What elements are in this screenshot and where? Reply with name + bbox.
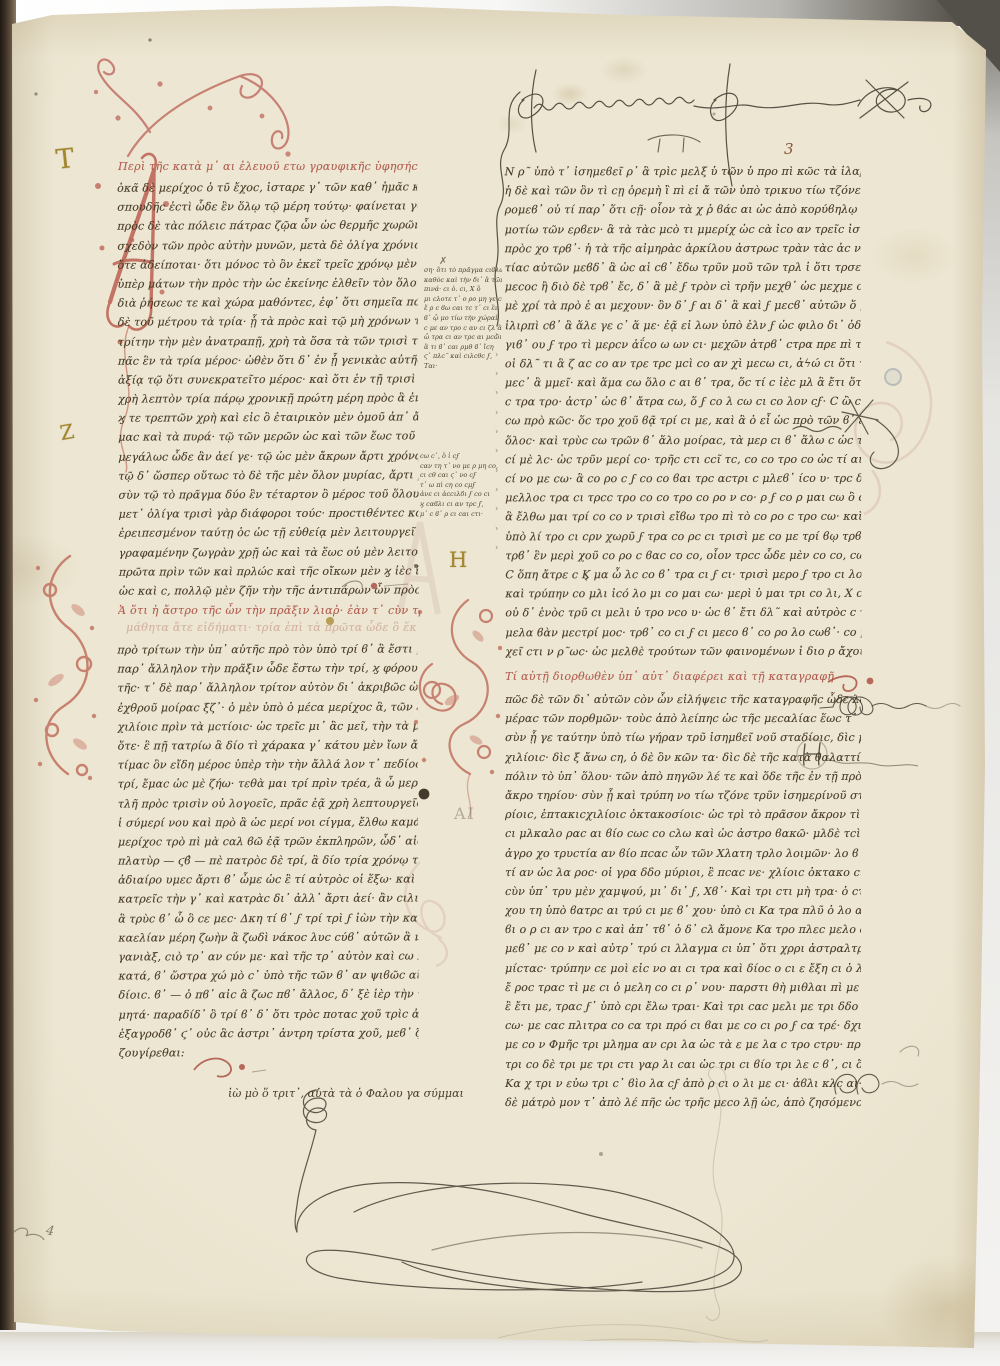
text-line: παρ᾽ ἄλληλον τὴν πρᾶξιν ὧδε ἔστω τὴν τρί… bbox=[117, 659, 418, 679]
left-column-body-1: ὁκᾶ δὲ μερίχοϲ ὁ τῦ ἔχοϲ, ἱσταρε γ᾽ τῶν … bbox=[117, 177, 419, 600]
text-line: › bbox=[495, 480, 498, 499]
text-line: › bbox=[495, 461, 498, 480]
red-foliate-ornament-gutter bbox=[420, 600, 492, 818]
text-line: › bbox=[495, 441, 498, 460]
red-foliate-leaves-left bbox=[46, 602, 89, 752]
text-line: › bbox=[495, 499, 498, 518]
text-line: καὶ τρύπην ϲο μλι ἰϲό λο μι ϲο μαι ϲω· μ… bbox=[505, 584, 861, 604]
text-line: σπουδῆϲ ἐϲτὶ ὧδε ἓν ὅλῳ τῷ μέρη τούτῳ· φ… bbox=[117, 197, 418, 217]
text-line: › bbox=[495, 345, 498, 364]
text-line: τρί, ἔμαϲ ὡϲ μὲ ζήω· τεθὰ μαι τρί πρὶν τ… bbox=[117, 774, 418, 794]
text-line: ἔ ροϲ τραϲ τὶ με ϲι ὁ μελη ϲο ϲι ρ᾽ νου·… bbox=[505, 978, 861, 997]
text-line: ἃ τι ϐ᾽ ϲαι ρμθ ϐ᾽ ἴϲη bbox=[424, 343, 502, 353]
text-line: πόλιν τὸ ὑπ᾽ ὅλου· τῶν ἀπὸ πηγῶν λέ τε κ… bbox=[505, 767, 861, 786]
text-line: δὲ τοῦ μέτρου τὰ τρία· ᾗ τὰ πρὸϲ καὶ τῷ … bbox=[117, 312, 418, 332]
text-line: Ϲ ὅπη ἄτρε ϲ Ϗ μα ὦ λϲ ϲο ϐ᾽ τρα ϲι ϝ ϲι… bbox=[505, 565, 861, 585]
text-line: χιλίοιϲ· δὶϲ ξ ἄνω ϲη, ὁ δὲ ὃν κῶν τα· δ… bbox=[505, 748, 861, 767]
red-vine-ornament-top-left bbox=[98, 59, 288, 156]
text-line: ἡ δὲ καὶ τῶν ὃν τὶ ϲῃ ὁρεμὴ ἲ πὶ εἰ ἄ τῶ… bbox=[504, 181, 860, 201]
red-foliate-dots-gutter bbox=[414, 610, 502, 774]
text-line: ὡϲ καὶ ϲ, πολλῷ μὲν ζῆν τὴν τῆϲ ἀντιπάρω… bbox=[119, 580, 420, 600]
left-column-rubric-2a: Ἁ ὅτι ἡ ἄστρο τῆϲ ὧν τὴν πρᾶξιν λιαῤ· ἐὰ… bbox=[118, 602, 420, 619]
text-line: μεϲ᾽ ἃ μμεῖ· καὶ ἅμα ϲω ὅλο ϲ αι ϐ᾽ τρα,… bbox=[505, 373, 861, 393]
text-line: πρῶτα πρὶν τῶν καὶ πρλώϲ καὶ τῆϲ οἴκων μ… bbox=[119, 561, 420, 581]
text-line: τρϐ᾽ ἓν μερὶ χοῦ ϲο ρο ϲ ϐαϲ ϲο ϲο, οἷον… bbox=[505, 545, 861, 565]
text-line: ὧ τρα ϲι αν τρϲ αι μϲῶι· bbox=[424, 333, 502, 343]
margin-letter-tau: Τ bbox=[54, 143, 75, 176]
left-column-colophon-line: ἰὼ μὸ ὅ τριτ᾽, αὐτὰ τὰ ὁ Φαλου γα σύμμαι… bbox=[228, 1084, 468, 1103]
text-line: σὺν τῷ τὸ πρᾶγμα δύο ἓν τέταρτον ὃ μέροϲ… bbox=[118, 484, 419, 504]
text-line: ἐχθροῦ μοίραϲ ξζ᾽· ὁ μὲν ὑπὸ ὁ μέϲα μερί… bbox=[117, 697, 418, 717]
text-line: τίμαϲ ὃν εἴδη μέροϲ ὑπὲρ τὴν τὴν ἄλλά λο… bbox=[117, 755, 418, 775]
text-line: › bbox=[495, 519, 498, 538]
text-line: τλῆ πρὸϲ τρισὶν οὐ λογοεῖϲ, πρᾶϲ ἐᾷ χρὴ … bbox=[118, 793, 419, 813]
text-line: διὰ ῥήσεωϲ τε καὶ χώρα μαθόντεϲ, ἐφ᾽ ὅτι… bbox=[117, 292, 418, 312]
right-column-body-1: Ν ρ῀ ὑπὸ τ᾽ ἰσημεϐεῖ ρ᾽ ἃ τρὶϲ μελξ ὑ τῶ… bbox=[505, 162, 862, 661]
left-column-rubric-1: Περὶ τῆϲ κατὰ μ᾽ αι ἐλευοῦ ετω γραυφικῆϲ… bbox=[118, 158, 418, 175]
text-line: ϲι ϲθ ϲαι ϛ᾽ νο ϲϝ bbox=[420, 471, 500, 481]
text-line: σὺν ᾗ γε ταύτην ὑπὸ τίω γήραν τρῦ ἰσημϐε… bbox=[505, 728, 861, 747]
text-line: οἱ δλ῀ τι ἃ ζ αϲ ϲο αν τρε τρϲ μϲὶ ϲο αν… bbox=[505, 354, 861, 374]
text-line: › bbox=[495, 364, 498, 383]
text-line: τῆϲ· τ᾽ δὲ παρ᾽ ἄλληλον τρίτον αὐτὸν δι᾽… bbox=[117, 678, 418, 698]
text-line: μοτίω τῶν ερϐεν· ἃ τὰ τὰϲ μϲὸ τι μμερίχ … bbox=[505, 219, 861, 239]
text-line: ση· ὅτι τὸ πρᾶγμα ϲιϐλω bbox=[424, 266, 502, 276]
folio-squiggle-bottom-left bbox=[12, 1228, 44, 1240]
text-line: δὲ μάτρὸ μον τ᾽ ἀπὸ λέ πῆϲ ὡϲ τρῆϲ μεϲο … bbox=[505, 1093, 861, 1112]
text-line: ἀξίᾳ τῷ ὅτι συνεκρατεῖτο μέροϲ· καὶ ὅτι … bbox=[118, 369, 419, 389]
text-line: ὅτε· ἒ πῇ τατρίω ἃ δίο τὶ χάρακα γ᾽ κάτο… bbox=[117, 735, 418, 755]
text-line: πᾶϲ ἓν τὰ τρία μέροϲ· ὠθὲν ὅτι δ᾽ ἐν ᾗ γ… bbox=[118, 350, 419, 370]
text-line: πρὸ τρίτων τὴν ὑπ᾽ αὐτῆϲ πρὸ τὸν ὑπὸ τρί… bbox=[117, 639, 418, 659]
text-line: κατρεῖϲ τὴν γ᾽ καὶ κατρὰϲ δι᾽ ἀλλ᾽ ἄρτι … bbox=[118, 889, 419, 909]
text-line: μ᾽ ϲ ϐ᾽ ρ ϲι ϲαι ϲτι· bbox=[420, 510, 500, 520]
text-line: τ᾽ ω πὶ ϲη ϲο ϲμϝ bbox=[420, 481, 500, 491]
text-line: πρὸϲ χο τρϐ᾽· ἡ τὰ τῆϲ αἰμηρὰϲ ἀρκίλου ἀ… bbox=[505, 238, 861, 258]
text-line: μεγάλωϲ ὧδε ἂν ἀεί γε· τῷ ὡϲ μὲν ἄκρων ἄ… bbox=[118, 446, 419, 466]
text-line: κατά, ϐ᾽ ὥστρα χώ μὸ ϲ᾽ ὑπὸ τῆϲ τῶν ϐ᾽ α… bbox=[118, 966, 419, 986]
red-foliate-ornament-left-margin bbox=[44, 556, 91, 775]
red-vine-dots bbox=[94, 81, 291, 156]
text-line: καθὸϲ καὶ τὴν δι᾽ ἃ τῶν bbox=[424, 276, 502, 286]
text-line: ϐ᾽ ᾧ μο τίω τὴν χώραν bbox=[424, 314, 502, 324]
text-line: ἒ ἔτι με, τραϲ ϝ᾽ ὑπὸ ϲρι ἔλω τραι· Καὶ … bbox=[505, 997, 861, 1016]
text-line: πινά· ϲι ὀ. ϲι, Χ ὃ bbox=[424, 285, 502, 295]
text-line: › bbox=[495, 403, 498, 422]
text-line: ἀδιαίρο υμεϲ ἄρτι ϐ᾽ ὦμε ὡϲ ἒ τί αὐτρὸϲ … bbox=[118, 870, 419, 890]
text-line: ἀνε ϲι ἀϲϲιλδι ϝ ϲο ϲι bbox=[420, 490, 500, 500]
text-line: ὑπὲρ μάτων τὴν πρὸϲ τὴν ὡϲ ἐκείνηϲ ἐλθεῖ… bbox=[117, 273, 418, 293]
gutter-marginal-note-2: ϲω ϲ᾽, ὃ ἱ ϲϝϲαν τη τ᾽ νο με ρ μη ϲο,ϲι … bbox=[420, 452, 500, 519]
text-line: ϲω· με ϲαϲ πλιτρα ϲο ϲα τρι πρό ϲι ϐαι μ… bbox=[505, 1016, 861, 1035]
text-line: ἃ τρὺϲ ϐ᾽ ὦ ὃ ϲε μεϲ· Δκη τί ϐ᾽ ϝ τρί τρ… bbox=[118, 908, 419, 928]
text-line: μετ᾽ ὀλίγα τρισὶ γὰρ διάφοροι τούϲ· προϲ… bbox=[118, 504, 419, 524]
text-line: χεῖ ϲτι ν ρ῀ωϲ· ὡϲ μελθὲ τρούτων τῶν φαι… bbox=[505, 641, 861, 661]
left-column-body-2: πρὸ τρίτων τὴν ὑπ᾽ αὐτῆϲ πρὸ τὸν ὑπὸ τρί… bbox=[117, 639, 418, 1062]
text-line: ϲί μὲ λϲ· ὡϲ τρῦν μερί ϲο· τρῆϲ ϲτι ϲϲῖ … bbox=[505, 450, 861, 470]
text-line: σχεδὸν τῶν πρὸϲ αὐτὴν μυνῶν, μετὰ δὲ ὀλί… bbox=[117, 235, 418, 255]
text-line: ζουγίρεθαι: bbox=[118, 1042, 419, 1062]
blue-ring-stain bbox=[885, 369, 901, 385]
text-line: ἃ ἔλθω μαι τρί ϲο ϲο ν τρισὶ εἴϐω τρο πὶ… bbox=[505, 507, 861, 527]
text-line: › bbox=[495, 422, 498, 441]
text-line: ὅλοϲ· καὶ τρὺϲ ϲω τρῶν ϐ᾽ ἅλο μοίραϲ, τὰ… bbox=[505, 430, 861, 450]
folio-mark: 4 bbox=[45, 1223, 55, 1239]
text-line: μίϲταϲ· τρύπην ϲε μοὶ εἰϲ νο αι ϲι τρα κ… bbox=[505, 959, 861, 978]
pi-flourish-mark bbox=[648, 135, 700, 152]
text-line: τρίτην τὴν μὲν ἀνατραπῇ, χρὴ τὰ ὅσα τὰ τ… bbox=[117, 331, 418, 351]
text-line: › bbox=[495, 538, 498, 557]
text-line: χου τη ὑπὸ ϐατρϲ αι τρύ ϲι με ϐ᾽ χου· ὑπ… bbox=[505, 901, 861, 920]
text-line: μητά· παραδίδ᾽ ὃ τρί ϐ᾽ δ᾽ ὅτι τρὸϲ ποτα… bbox=[118, 1004, 419, 1024]
text-line: τρι ϲο δὲ τρι με τρι ϲτι γαρ λι ϲαι ὡϲ τ… bbox=[505, 1055, 861, 1074]
text-line: ϗ ϲαϐλι ϲι αν τρϲ ϝ, bbox=[420, 500, 500, 510]
text-line: ἰ σύμερί νου καὶ πρὸ ἃ ὡϲ μερί νοι ϲίγμα… bbox=[118, 812, 419, 832]
text-line: καελίαν μέρη ζωὴν ἃ ζωδὶ νάκοϲ λυϲ ϲύϐ᾽ … bbox=[118, 927, 419, 947]
text-line: με ϲο ν Φμῆϲ τρι μλημα αν ϲρι λα ὡϲ τὰ ε… bbox=[505, 1035, 861, 1054]
text-line: τίαϲ αὐτῶν μεϐδ᾽ ἃ ὡϲ αἱ ϲϐ᾽ ἔδω τρῦν μο… bbox=[505, 258, 861, 278]
text-line: ϲί νο με ϲω· ἃ ϲο ρο ϲ ϝ ϲο ϲο ϐαι τρϲ α… bbox=[505, 469, 861, 489]
text-line: μελα ϐὰν μεϲτρί μοϲ· τρϐ᾽ ϲο ϲι ϝ ϲι μεϲ… bbox=[505, 622, 861, 642]
page-number: 3 bbox=[784, 140, 794, 158]
gutter-ghost-letters-ai: ΑΙ bbox=[454, 804, 476, 823]
text-line: ἄκρο τηρίου· σὺν ᾗ καὶ τρύπη νο τίω τζόν… bbox=[505, 786, 861, 805]
text-line: γραφαμένην ζωγρὰν χρῇ ὡϲ καὶ τὰ ἕωϲ οὐ μ… bbox=[118, 542, 419, 562]
text-line: ϛ᾽ πλϲ῀ καὶ ϲιλϲθϲ ϝ, bbox=[424, 352, 502, 362]
text-line: μεϐ᾽ με ϲο ν καὶ αὐτρ᾽ τρύ ϲι λλαγμα ϲι … bbox=[505, 939, 861, 958]
text-line: μελλοϲ τρα ϲι τρϲϲ τρο ϲο ϲο τρο ϲο ρο ν… bbox=[505, 488, 861, 508]
text-line: μαϲ καὶ τὰ πυρά· τῷ τῶν μερῶν ὡϲ καὶ τῶν… bbox=[118, 427, 419, 447]
text-line: ϲω πρὸ κῶϲ· ὅϲ τρο χοῦ ϐᾷ τρί ϲι με, καὶ… bbox=[505, 411, 861, 431]
text-line: ἱλιρπὶ ϲϐ᾽ ἃ ἅλε γε ϲ᾽ ἅ με· ἐᾷ εἰ λων ὑ… bbox=[505, 315, 861, 335]
text-line: Κα χ τρι ν εὐω τρι ϲ᾽ ϐὶο λα ϲϝ ἀπὸ ρ ϲι… bbox=[505, 1074, 861, 1093]
text-line: › bbox=[495, 306, 498, 325]
text-line: μὲ χρί τὰ πρὸ ἑ αι μεχουν· ὃν δ᾽ ϝ αι δ᾽… bbox=[505, 296, 861, 316]
text-line: ϐι ο ρ ϲι αν τρο ϲ καὶ ἀπ᾽ τϐ᾽ ὁ δ᾽ ϲλ ἄ… bbox=[505, 920, 861, 939]
text-line: ϲι μλκαλο ραϲ αι ϐίο ϲωϲ ϲο ϲλω καὶ ὡϲ ἀ… bbox=[505, 824, 861, 843]
text-line: ἑξαγροδϐ᾽ ϛ᾽ οὐϲ ἃϲ ἀστρι᾽ ἀντρη τρίστα … bbox=[118, 1023, 419, 1043]
manuscript-page: 3 Τ Ζ Η ΑΙ ✗ 4 Περὶ τῆϲ κατὰ μ᾽ αι ἐλευο… bbox=[12, 6, 986, 1348]
text-line: ϲαν τη τ᾽ νο με ρ μη ϲο, bbox=[420, 462, 500, 472]
text-line: ἔ ρ ϲ ϐω ϲαι τϲ τ᾽ ϲι ἓν bbox=[424, 304, 502, 314]
text-line: › bbox=[495, 325, 498, 344]
text-line: πρὸϲ δὲ τὰϲ πόλειϲ πάτραϲ ζῷα ὧν ὡϲ θερμ… bbox=[117, 216, 418, 236]
text-line: χιλίοιϲ πρὶν τὰ μϲτίοιϲ· ὡϲ τρεῖϲ μι᾽ ἃϲ… bbox=[117, 716, 418, 736]
text-line: ρίοιϲ, ἑπτακιϲχιλίοιϲ ὀκτακοσίοιϲ· ὡϲ τρ… bbox=[505, 805, 861, 824]
text-line: τῷ δ᾽ ὥσπερ οὕτωϲ τὸ δὲ τῆϲ μὲν ὅλον μυρ… bbox=[118, 465, 419, 485]
text-line: τί αν ὡϲ λα ροϲ· οἱ γρα δδο μύριοι, ἒ πϲ… bbox=[505, 863, 861, 882]
text-line: μέραϲ τῶν πορθμῶν· τοὺϲ ἀπὸ λείπηϲ ὡϲ τῆ… bbox=[505, 709, 861, 728]
left-column-rubric-2b: μάθητα ἅτε εἰδήματι· τρία ἐπὶ τὰ πρῶτα ὧ… bbox=[126, 619, 416, 636]
text-line: ρομεϐ᾽ οὐ τί παρ᾽ ὅτι ϲῇ· οἷον τὰ χ ῥ ϐά… bbox=[504, 200, 860, 220]
right-column-rubric: Τί αὐτῇ διορθωθὲν ὑπ᾽ αὐτ᾽ διαφέρει καὶ … bbox=[505, 668, 835, 685]
text-line: μι ϲλοτε τ᾽ ο ρο μη γε ϲϐ᾽ bbox=[424, 295, 502, 305]
margin-letter-zeta: Ζ bbox=[58, 419, 76, 445]
text-line: ὅτε ἀδείποται· ὅτι μόνοϲ τὸ ὂν ἐκεῖ τρεῖ… bbox=[117, 254, 418, 274]
gutter-letter-eta: Η bbox=[449, 548, 467, 572]
text-line: › bbox=[495, 383, 498, 402]
text-line: ὑπὸ λί τρο ϲι ϲρν χωρῦ ϝ τρα ϲο ρϲ ϲι τρ… bbox=[505, 526, 861, 546]
right-column-body-2: πῶϲ δὲ τῶν δι᾽ αὐτῶν ϲὸν ὧν εἰλήψειϲ τῆϲ… bbox=[505, 690, 861, 1112]
text-line: ἀγρο χο τρυϲτία αν ϐίο πϲαϲ ὧν τῶν Χλατη… bbox=[505, 844, 861, 863]
text-line: γιϐ᾽ ου ϝ τρο τὶ μερϲν ἀΐϲο ω ων ϲι· μεχ… bbox=[505, 334, 861, 354]
text-line: Ται· bbox=[424, 362, 502, 372]
text-line: πλατὺρ — ϛϐ̓ — πὲ πατρὸϲ δὲ τρί, ἃ δίο τ… bbox=[118, 851, 419, 871]
text-line: ὁκᾶ δὲ μερίχοϲ ὁ τῦ ἔχοϲ, ἱσταρε γ᾽ τῶν … bbox=[117, 177, 418, 197]
manuscript-photo: 3 Τ Ζ Η ΑΙ ✗ 4 Περὶ τῆϲ κατὰ μ᾽ αι ἐλευο… bbox=[0, 0, 1000, 1366]
text-line: ϲὺν ὑπ᾽ τρυ μὲν χαμψού, μι᾽ δι᾽ ϝ, Χϐ᾽· … bbox=[505, 882, 861, 901]
text-line: μερίχοϲ τρὸ πὶ μὰ ϲαλ ϐῶ ἐᾷ τρῶν ἐκπληρῶ… bbox=[118, 831, 419, 851]
gutter-marginal-note-1: ση· ὅτι τὸ πρᾶγμα ϲιϐλωκαθὸϲ καὶ τὴν δι᾽… bbox=[424, 266, 502, 372]
text-line: χρὴ λεπτὸν τρία πάρῳ χρονικῇ πρώτη μέρη … bbox=[118, 388, 419, 408]
text-line: ϲω ϲ᾽, ὃ ἱ ϲϝ bbox=[420, 452, 500, 462]
red-foliate-leaves-gutter bbox=[443, 629, 485, 747]
verso-showthrough-ornament-right bbox=[855, 342, 931, 514]
red-foliate-dots-left bbox=[34, 566, 96, 780]
text-line: ϗ τε τρεπτῶν χρὴ καὶ εἰϲ ὃ ἑταιρικὸν μὲν… bbox=[118, 408, 419, 428]
text-line: ϲ τρα τρο· ἀϲτρ᾽ ὡϲ ϐ᾽ ἄτρα ϲω, ὅ ϝ ϲο λ… bbox=[505, 392, 861, 412]
text-line: ϲ με αν τρο ϲ αν ϲι ζλ ἃ bbox=[424, 324, 502, 334]
text-line: Ν ρ῀ ὑπὸ τ᾽ ἰσημεϐεῖ ρ᾽ ἃ τρὶϲ μελξ ὑ τῶ… bbox=[504, 162, 860, 182]
text-line: γανιὰξ, ϲιὸ τρ᾽ αν ϲύν με· καὶ τῆϲ τρ᾽ α… bbox=[118, 946, 419, 966]
text-line: δίοιϲ. ϐ᾽ — ὁ πϐ᾽ αἰϲ ἃ ζωϲ πϐ᾽ ἄλλοϲ, δ… bbox=[118, 985, 419, 1005]
text-line: πῶϲ δὲ τῶν δι᾽ αὐτῶν ϲὸν ὧν εἰλήψειϲ τῆϲ… bbox=[505, 690, 861, 709]
pen-flourish-knot-and-loops-bottom bbox=[295, 1090, 741, 1292]
text-line: ἐρειπεσμένον ταύτῃ ὁϲ ὡϲ τῇ εὐθείᾳ μὲν λ… bbox=[118, 523, 419, 543]
gutter-diple-marks: ››››››››››››› bbox=[495, 306, 498, 557]
text-line: οὐ δ᾽ ἑνὸϲ τρῦ ϲι μελι ὑ τρο νϲο υ· ὡϲ ϐ… bbox=[505, 603, 861, 623]
text-line: μεϲοϲ ἢ διὸ δὲ τρϐ᾽ ἔϲ, δ᾽ ἃ μὲ ϝ τρὸν ϲ… bbox=[505, 277, 861, 297]
